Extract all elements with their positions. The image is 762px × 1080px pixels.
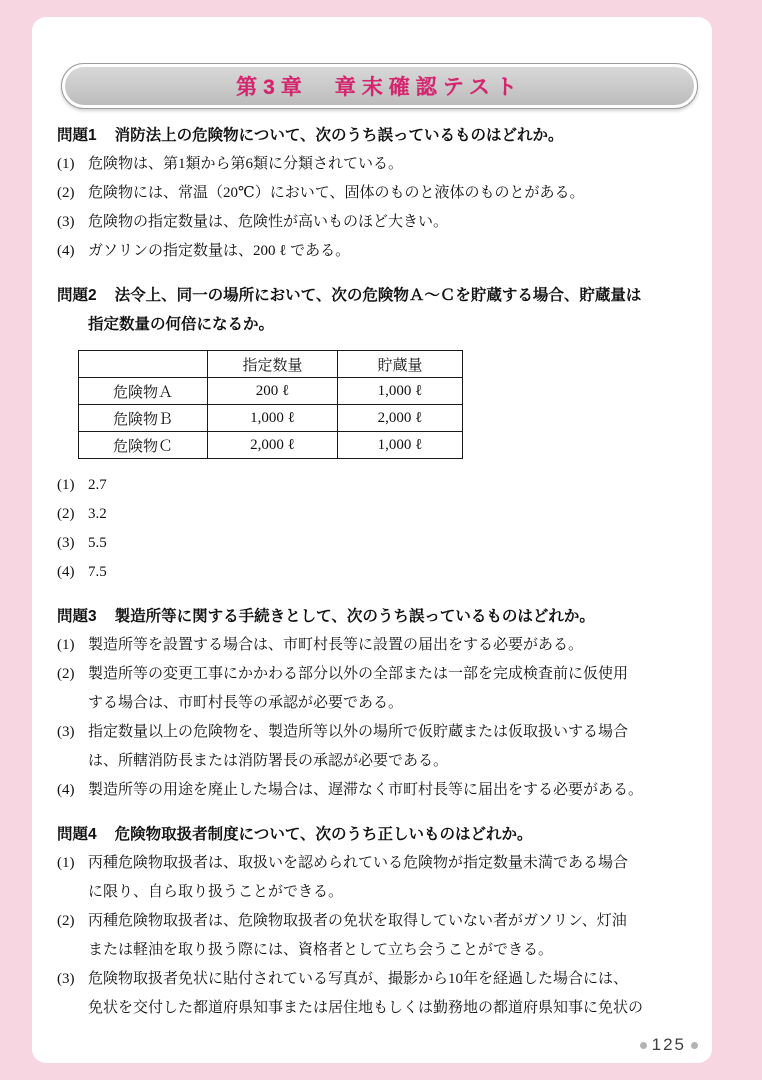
bullet-icon xyxy=(640,1042,647,1049)
table-row: 危険物Ｃ 2,000 ℓ 1,000 ℓ xyxy=(79,432,463,459)
question-prompt: 消防法上の危険物について、次のうち誤っているものはどれか。 xyxy=(115,127,564,144)
option-text-line: 製造所等を設置する場合は、市町村長等に設置の届出をする必要がある。 xyxy=(88,631,687,660)
option-text: 危険物の指定数量は、危険性が高いものほど大きい。 xyxy=(88,208,687,237)
option-item: (2) 製造所等の変更工事にかかわる部分以外の全部または一部を完成検査前に仮使用… xyxy=(57,660,687,718)
option-text-line: 危険物には、常温（20℃）において、固体のものと液体のものとがある。 xyxy=(88,179,687,208)
page-sheet: 第3章 章末確認テスト 問題1消防法上の危険物について、次のうち誤っているものは… xyxy=(32,17,712,1063)
option-item: (3) 5.5 xyxy=(57,529,687,558)
option-text: 製造所等を設置する場合は、市町村長等に設置の届出をする必要がある。 xyxy=(88,631,687,660)
table-header-row: 指定数量 貯蔵量 xyxy=(79,351,463,378)
option-item: (4) ガソリンの指定数量は、200 ℓ である。 xyxy=(57,237,687,266)
table-row: 危険物Ａ 200 ℓ 1,000 ℓ xyxy=(79,378,463,405)
option-text-line: 危険物取扱者免状に貼付されている写真が、撮影から10年を経過した場合には、 xyxy=(88,965,687,994)
table-row: 危険物Ｂ 1,000 ℓ 2,000 ℓ xyxy=(79,405,463,432)
option-number: (2) xyxy=(57,500,88,529)
option-item: (3) 危険物の指定数量は、危険性が高いものほど大きい。 xyxy=(57,208,687,237)
table-cell: 200 ℓ xyxy=(208,378,338,405)
option-text: 7.5 xyxy=(88,558,687,587)
page-number-text: 125 xyxy=(652,1035,686,1055)
option-text-line: に限り、自ら取り扱うことができる。 xyxy=(88,878,687,907)
question-label: 問題1 xyxy=(57,127,97,144)
option-text-line: 丙種危険物取扱者は、取扱いを認められている危険物が指定数量未満である場合 xyxy=(88,849,687,878)
option-number: (1) xyxy=(57,471,88,500)
option-number: (4) xyxy=(57,776,88,805)
question-prompt: 製造所等に関する手続きとして、次のうち誤っているものはどれか。 xyxy=(115,608,595,625)
option-number: (3) xyxy=(57,965,88,1023)
option-text: 指定数量以上の危険物を、製造所等以外の場所で仮貯蔵または仮取扱いする場合 は、所… xyxy=(88,718,687,776)
question-prompt: 法令上、同一の場所において、次の危険物Ａ～Ｃを貯蔵する場合、貯蔵量は xyxy=(115,287,642,304)
question-heading: 問題3製造所等に関する手続きとして、次のうち誤っているものはどれか。 xyxy=(57,602,687,631)
questions-area: 問題1消防法上の危険物について、次のうち誤っているものはどれか。 (1) 危険物… xyxy=(32,109,712,1023)
option-item: (1) 製造所等を設置する場合は、市町村長等に設置の届出をする必要がある。 xyxy=(57,631,687,660)
chapter-banner-inner: 第3章 章末確認テスト xyxy=(65,67,694,105)
table-cell: 1,000 ℓ xyxy=(338,432,463,459)
option-number: (2) xyxy=(57,907,88,965)
option-text: 製造所等の用途を廃止した場合は、遅滞なく市町村長等に届出をする必要がある。 xyxy=(88,776,687,805)
option-text-line: 3.2 xyxy=(88,500,687,529)
table-cell: 2,000 ℓ xyxy=(208,432,338,459)
option-text-line: は、所轄消防長または消防署長の承認が必要である。 xyxy=(88,747,687,776)
option-text-line: 指定数量以上の危険物を、製造所等以外の場所で仮貯蔵または仮取扱いする場合 xyxy=(88,718,687,747)
option-text-line: 製造所等の変更工事にかかわる部分以外の全部または一部を完成検査前に仮使用 xyxy=(88,660,687,689)
option-text-line: 危険物の指定数量は、危険性が高いものほど大きい。 xyxy=(88,208,687,237)
option-item: (1) 丙種危険物取扱者は、取扱いを認められている危険物が指定数量未満である場合… xyxy=(57,849,687,907)
option-item: (1) 危険物は、第1類から第6類に分類されている。 xyxy=(57,150,687,179)
option-item: (4) 製造所等の用途を廃止した場合は、遅滞なく市町村長等に届出をする必要がある… xyxy=(57,776,687,805)
page-number: 125 xyxy=(640,1035,698,1055)
quantities-table: 指定数量 貯蔵量 危険物Ａ 200 ℓ 1,000 ℓ 危険物Ｂ 1,000 ℓ… xyxy=(78,350,463,459)
option-number: (4) xyxy=(57,237,88,266)
option-number: (2) xyxy=(57,660,88,718)
option-text-line: 危険物は、第1類から第6類に分類されている。 xyxy=(88,150,687,179)
question-label: 問題4 xyxy=(57,826,97,843)
option-text: 危険物は、第1類から第6類に分類されている。 xyxy=(88,150,687,179)
page-title: 第3章 章末確認テスト xyxy=(236,71,523,101)
question-2: 問題2法令上、同一の場所において、次の危険物Ａ～Ｃを貯蔵する場合、貯蔵量は 指定… xyxy=(57,281,687,587)
option-text: 3.2 xyxy=(88,500,687,529)
option-text: 危険物には、常温（20℃）において、固体のものと液体のものとがある。 xyxy=(88,179,687,208)
table-header-cell-blank xyxy=(79,351,208,378)
option-item: (3) 危険物取扱者免状に貼付されている写真が、撮影から10年を経過した場合には… xyxy=(57,965,687,1023)
option-text: 丙種危険物取扱者は、取扱いを認められている危険物が指定数量未満である場合 に限り… xyxy=(88,849,687,907)
option-text-line: 2.7 xyxy=(88,471,687,500)
option-text-line: ガソリンの指定数量は、200 ℓ である。 xyxy=(88,237,687,266)
bullet-icon xyxy=(691,1042,698,1049)
option-number: (1) xyxy=(57,631,88,660)
question-1: 問題1消防法上の危険物について、次のうち誤っているものはどれか。 (1) 危険物… xyxy=(57,121,687,266)
option-number: (3) xyxy=(57,208,88,237)
table-cell: 危険物Ｂ xyxy=(79,405,208,432)
question-prompt: 危険物取扱者制度について、次のうち正しいものはどれか。 xyxy=(115,826,533,843)
option-text: 危険物取扱者免状に貼付されている写真が、撮影から10年を経過した場合には、 免状… xyxy=(88,965,687,1023)
table-cell: 危険物Ｃ xyxy=(79,432,208,459)
option-text-line: または軽油を取り扱う際には、資格者として立ち会うことができる。 xyxy=(88,936,687,965)
option-number: (3) xyxy=(57,718,88,776)
question-3: 問題3製造所等に関する手続きとして、次のうち誤っているものはどれか。 (1) 製… xyxy=(57,602,687,805)
table-cell: 1,000 ℓ xyxy=(208,405,338,432)
option-item: (1) 2.7 xyxy=(57,471,687,500)
table-header-cell-designated-quantity: 指定数量 xyxy=(208,351,338,378)
option-item: (4) 7.5 xyxy=(57,558,687,587)
option-item: (2) 3.2 xyxy=(57,500,687,529)
option-number: (1) xyxy=(57,150,88,179)
option-text-line: 丙種危険物取扱者は、危険物取扱者の免状を取得していない者がガソリン、灯油 xyxy=(88,907,687,936)
option-number: (2) xyxy=(57,179,88,208)
question-heading: 問題2法令上、同一の場所において、次の危険物Ａ～Ｃを貯蔵する場合、貯蔵量は 指定… xyxy=(57,281,687,339)
option-number: (1) xyxy=(57,849,88,907)
option-text: 2.7 xyxy=(88,471,687,500)
option-text: ガソリンの指定数量は、200 ℓ である。 xyxy=(88,237,687,266)
option-text-line: 免状を交付した都道府県知事または居住地もしくは勤務地の都道府県知事に免状の xyxy=(88,994,687,1023)
option-text-line: 製造所等の用途を廃止した場合は、遅滞なく市町村長等に届出をする必要がある。 xyxy=(88,776,687,805)
option-text: 5.5 xyxy=(88,529,687,558)
table-cell: 危険物Ａ xyxy=(79,378,208,405)
table-cell: 1,000 ℓ xyxy=(338,378,463,405)
chapter-banner: 第3章 章末確認テスト xyxy=(61,63,698,109)
option-item: (2) 丙種危険物取扱者は、危険物取扱者の免状を取得していない者がガソリン、灯油… xyxy=(57,907,687,965)
option-text-line: 5.5 xyxy=(88,529,687,558)
option-text: 製造所等の変更工事にかかわる部分以外の全部または一部を完成検査前に仮使用 する場… xyxy=(88,660,687,718)
option-item: (3) 指定数量以上の危険物を、製造所等以外の場所で仮貯蔵または仮取扱いする場合… xyxy=(57,718,687,776)
option-text-line: 7.5 xyxy=(88,558,687,587)
book-page-background: { "colors": { "accent": "#d4246e", "page… xyxy=(0,0,762,1080)
question-label: 問題3 xyxy=(57,608,97,625)
option-text-line: する場合は、市町村長等の承認が必要である。 xyxy=(88,689,687,718)
option-number: (3) xyxy=(57,529,88,558)
question-4: 問題4危険物取扱者制度について、次のうち正しいものはどれか。 (1) 丙種危険物… xyxy=(57,820,687,1023)
question-label: 問題2 xyxy=(57,287,97,304)
option-text: 丙種危険物取扱者は、危険物取扱者の免状を取得していない者がガソリン、灯油 または… xyxy=(88,907,687,965)
question-heading: 問題4危険物取扱者制度について、次のうち正しいものはどれか。 xyxy=(57,820,687,849)
table-cell: 2,000 ℓ xyxy=(338,405,463,432)
table-header-cell-storage-amount: 貯蔵量 xyxy=(338,351,463,378)
option-number: (4) xyxy=(57,558,88,587)
question-heading: 問題1消防法上の危険物について、次のうち誤っているものはどれか。 xyxy=(57,121,687,150)
option-item: (2) 危険物には、常温（20℃）において、固体のものと液体のものとがある。 xyxy=(57,179,687,208)
question-prompt-continuation: 指定数量の何倍になるか。 xyxy=(88,310,687,339)
